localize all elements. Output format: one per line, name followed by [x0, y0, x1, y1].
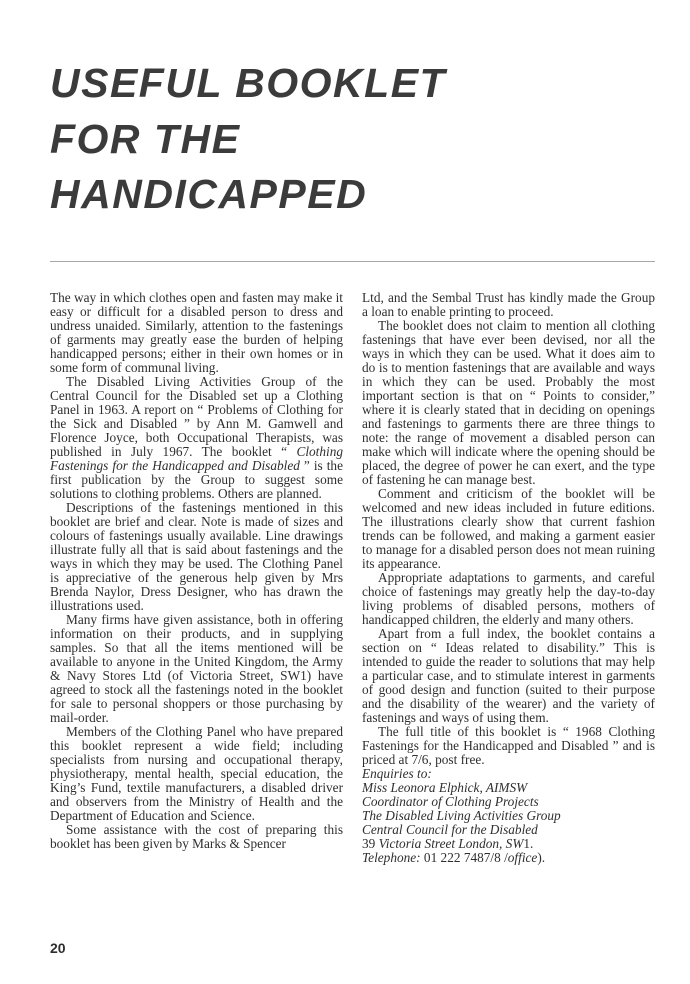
- paragraph-continued: Ltd, and the Sembal Trust has kindly mad…: [362, 291, 655, 319]
- contact-block: Enquiries to: Miss Leonora Elphick, AIMS…: [362, 767, 655, 865]
- article-title: USEFUL BOOKLET FOR THE HANDICAPPED: [50, 56, 446, 223]
- contact-name: Miss Leonora Elphick, AIMSW: [362, 781, 655, 795]
- paragraph-adaptations: Appropriate adaptations to garments, and…: [362, 571, 655, 627]
- paragraph-assistance: Some assistance with the cost of prepari…: [50, 823, 343, 851]
- paragraph-descriptions: Descriptions of the fastenings mentioned…: [50, 501, 343, 613]
- page-number: 20: [50, 940, 66, 956]
- paragraph-claims: The booklet does not claim to mention al…: [362, 319, 655, 487]
- contact-address: 39 Victoria Street London, SW1.: [362, 837, 655, 851]
- contact-telephone: Telephone: 01 222 7487/8 /office).: [362, 851, 655, 865]
- paragraph-full-title: The full title of this booklet is “ 1968…: [362, 725, 655, 767]
- paragraph-comment: Comment and criticism of the booklet wil…: [362, 487, 655, 571]
- contact-council: Central Council for the Disabled: [362, 823, 655, 837]
- contact-group: The Disabled Living Activities Group: [362, 809, 655, 823]
- paragraph-firms: Many firms have given assistance, both i…: [50, 613, 343, 725]
- paragraph-group-history: The Disabled Living Activities Group of …: [50, 375, 343, 501]
- title-divider: [50, 261, 655, 262]
- left-column: The way in which clothes open and fasten…: [50, 291, 343, 851]
- contact-role: Coordinator of Clothing Projects: [362, 795, 655, 809]
- title-line-1: USEFUL BOOKLET: [50, 56, 446, 112]
- right-column: Ltd, and the Sembal Trust has kindly mad…: [362, 291, 655, 865]
- contact-heading: Enquiries to:: [362, 767, 655, 781]
- paragraph-members: Members of the Clothing Panel who have p…: [50, 725, 343, 823]
- paragraph-intro: The way in which clothes open and fasten…: [50, 291, 343, 375]
- paragraph-index: Apart from a full index, the booklet con…: [362, 627, 655, 725]
- title-line-3: HANDICAPPED: [50, 167, 446, 223]
- title-line-2: FOR THE: [50, 112, 446, 168]
